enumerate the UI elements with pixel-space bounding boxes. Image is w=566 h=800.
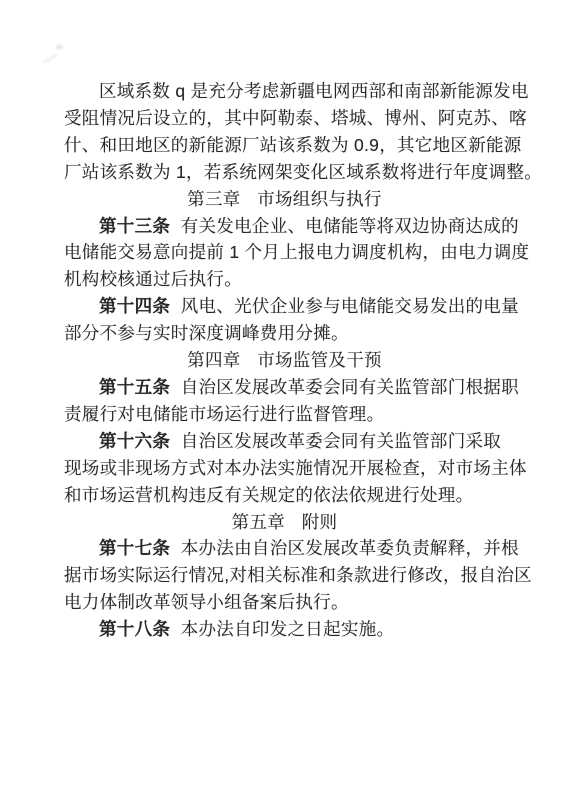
- paragraph-line: 区域系数 q 是充分考虑新疆电网西部和南部新能源发电: [64, 78, 534, 105]
- paragraph-text: 自治区发展改革委会同有关监管部门根据职: [181, 377, 519, 397]
- chapter-title: 附则: [302, 512, 338, 532]
- article-number: 第十七条: [99, 538, 170, 558]
- chapter-heading: 第三章市场组织与执行: [64, 186, 505, 213]
- chapter-heading: 第五章附则: [64, 509, 505, 536]
- article-number: 第十六条: [99, 431, 170, 451]
- article-line: 第十五条自治区发展改革委会同有关监管部门根据职: [64, 374, 534, 401]
- paragraph-text: 据市场实际运行情况,对相关标准和条款进行修改，报自治区: [64, 565, 532, 585]
- paragraph-line: 责履行对电储能市场运行进行监督管理。: [64, 401, 534, 428]
- paragraph-text: 风电、光伏企业参与电储能交易发出的电量: [181, 296, 519, 316]
- paragraph-text: 和市场运营机构违反有关规定的依法依规进行处理。: [64, 485, 473, 505]
- paragraph-text: 电力体制改革领导小组备案后执行。: [64, 592, 349, 612]
- paragraph-line: 受阻情况后设立的，其中阿勒泰、塔城、博州、阿克苏、喀: [64, 105, 534, 132]
- paragraph-line: 机构校核通过后执行。: [64, 266, 534, 293]
- article-line: 第十七条本办法由自治区发展改革委负责解释，并根: [64, 535, 534, 562]
- article-line: 第十四条风电、光伏企业参与电储能交易发出的电量: [64, 293, 534, 320]
- chapter-number: 第三章: [187, 189, 240, 209]
- paragraph-text: 机构校核通过后执行。: [64, 269, 242, 289]
- paragraph-text: 本办法由自治区发展改革委负责解释，并根: [181, 538, 519, 558]
- chapter-heading: 第四章市场监管及干预: [64, 347, 505, 374]
- paragraph-text: 自治区发展改革委会同有关监管部门采取: [181, 431, 501, 451]
- document-page: 区域系数 q 是充分考虑新疆电网西部和南部新能源发电 受阻情况后设立的，其中阿勒…: [64, 78, 534, 643]
- chapter-number: 第四章: [187, 350, 240, 370]
- article-line: 第十三条有关发电企业、电储能等将双边协商达成的: [64, 213, 534, 240]
- paragraph-line: 部分不参与实时深度调峰费用分摊。: [64, 320, 534, 347]
- paragraph-line: 什、和田地区的新能源厂站该系数为 0.9，其它地区新能源: [64, 132, 534, 159]
- article-number: 第十五条: [99, 377, 170, 397]
- article-line: 第十八条本办法自印发之日起实施。: [64, 616, 534, 643]
- article-number: 第十三条: [99, 216, 170, 236]
- paragraph-text: 什、和田地区的新能源厂站该系数为 0.9，其它地区新能源: [64, 135, 522, 155]
- paragraph-line: 据市场实际运行情况,对相关标准和条款进行修改，报自治区: [64, 562, 534, 589]
- article-number: 第十八条: [99, 619, 170, 639]
- paragraph-line: 现场或非现场方式对本办法实施情况开展检查，对市场主体: [64, 455, 534, 482]
- paragraph-text: 本办法自印发之日起实施。: [181, 619, 395, 639]
- chapter-number: 第五章: [232, 512, 285, 532]
- article-number: 第十四条: [99, 296, 170, 316]
- paragraph-text: 电储能交易意向提前 1 个月上报电力调度机构，由电力调度: [64, 242, 529, 262]
- paragraph-text: 有关发电企业、电储能等将双边协商达成的: [181, 216, 519, 236]
- paragraph-line: 电力体制改革领导小组备案后执行。: [64, 589, 534, 616]
- paragraph-text: 厂站该系数为 1，若系统网架变化区域系数将进行年度调整。: [64, 162, 542, 182]
- paragraph-line: 厂站该系数为 1，若系统网架变化区域系数将进行年度调整。: [64, 159, 534, 186]
- chapter-title: 市场监管及干预: [257, 350, 382, 370]
- chapter-title: 市场组织与执行: [257, 189, 382, 209]
- paragraph-line: 和市场运营机构违反有关规定的依法依规进行处理。: [64, 482, 534, 509]
- paragraph-text: 责履行对电储能市场运行进行监督管理。: [64, 404, 384, 424]
- scan-smudge: [56, 45, 63, 49]
- scan-smudge: [42, 54, 57, 63]
- article-line: 第十六条自治区发展改革委会同有关监管部门采取: [64, 428, 534, 455]
- paragraph-text: 部分不参与实时深度调峰费用分摊。: [64, 323, 349, 343]
- paragraph-line: 电储能交易意向提前 1 个月上报电力调度机构，由电力调度: [64, 239, 534, 266]
- paragraph-text: 受阻情况后设立的，其中阿勒泰、塔城、博州、阿克苏、喀: [64, 108, 527, 128]
- paragraph-text: 区域系数 q 是充分考虑新疆电网西部和南部新能源发电: [99, 81, 529, 101]
- paragraph-text: 现场或非现场方式对本办法实施情况开展检查，对市场主体: [64, 458, 527, 478]
